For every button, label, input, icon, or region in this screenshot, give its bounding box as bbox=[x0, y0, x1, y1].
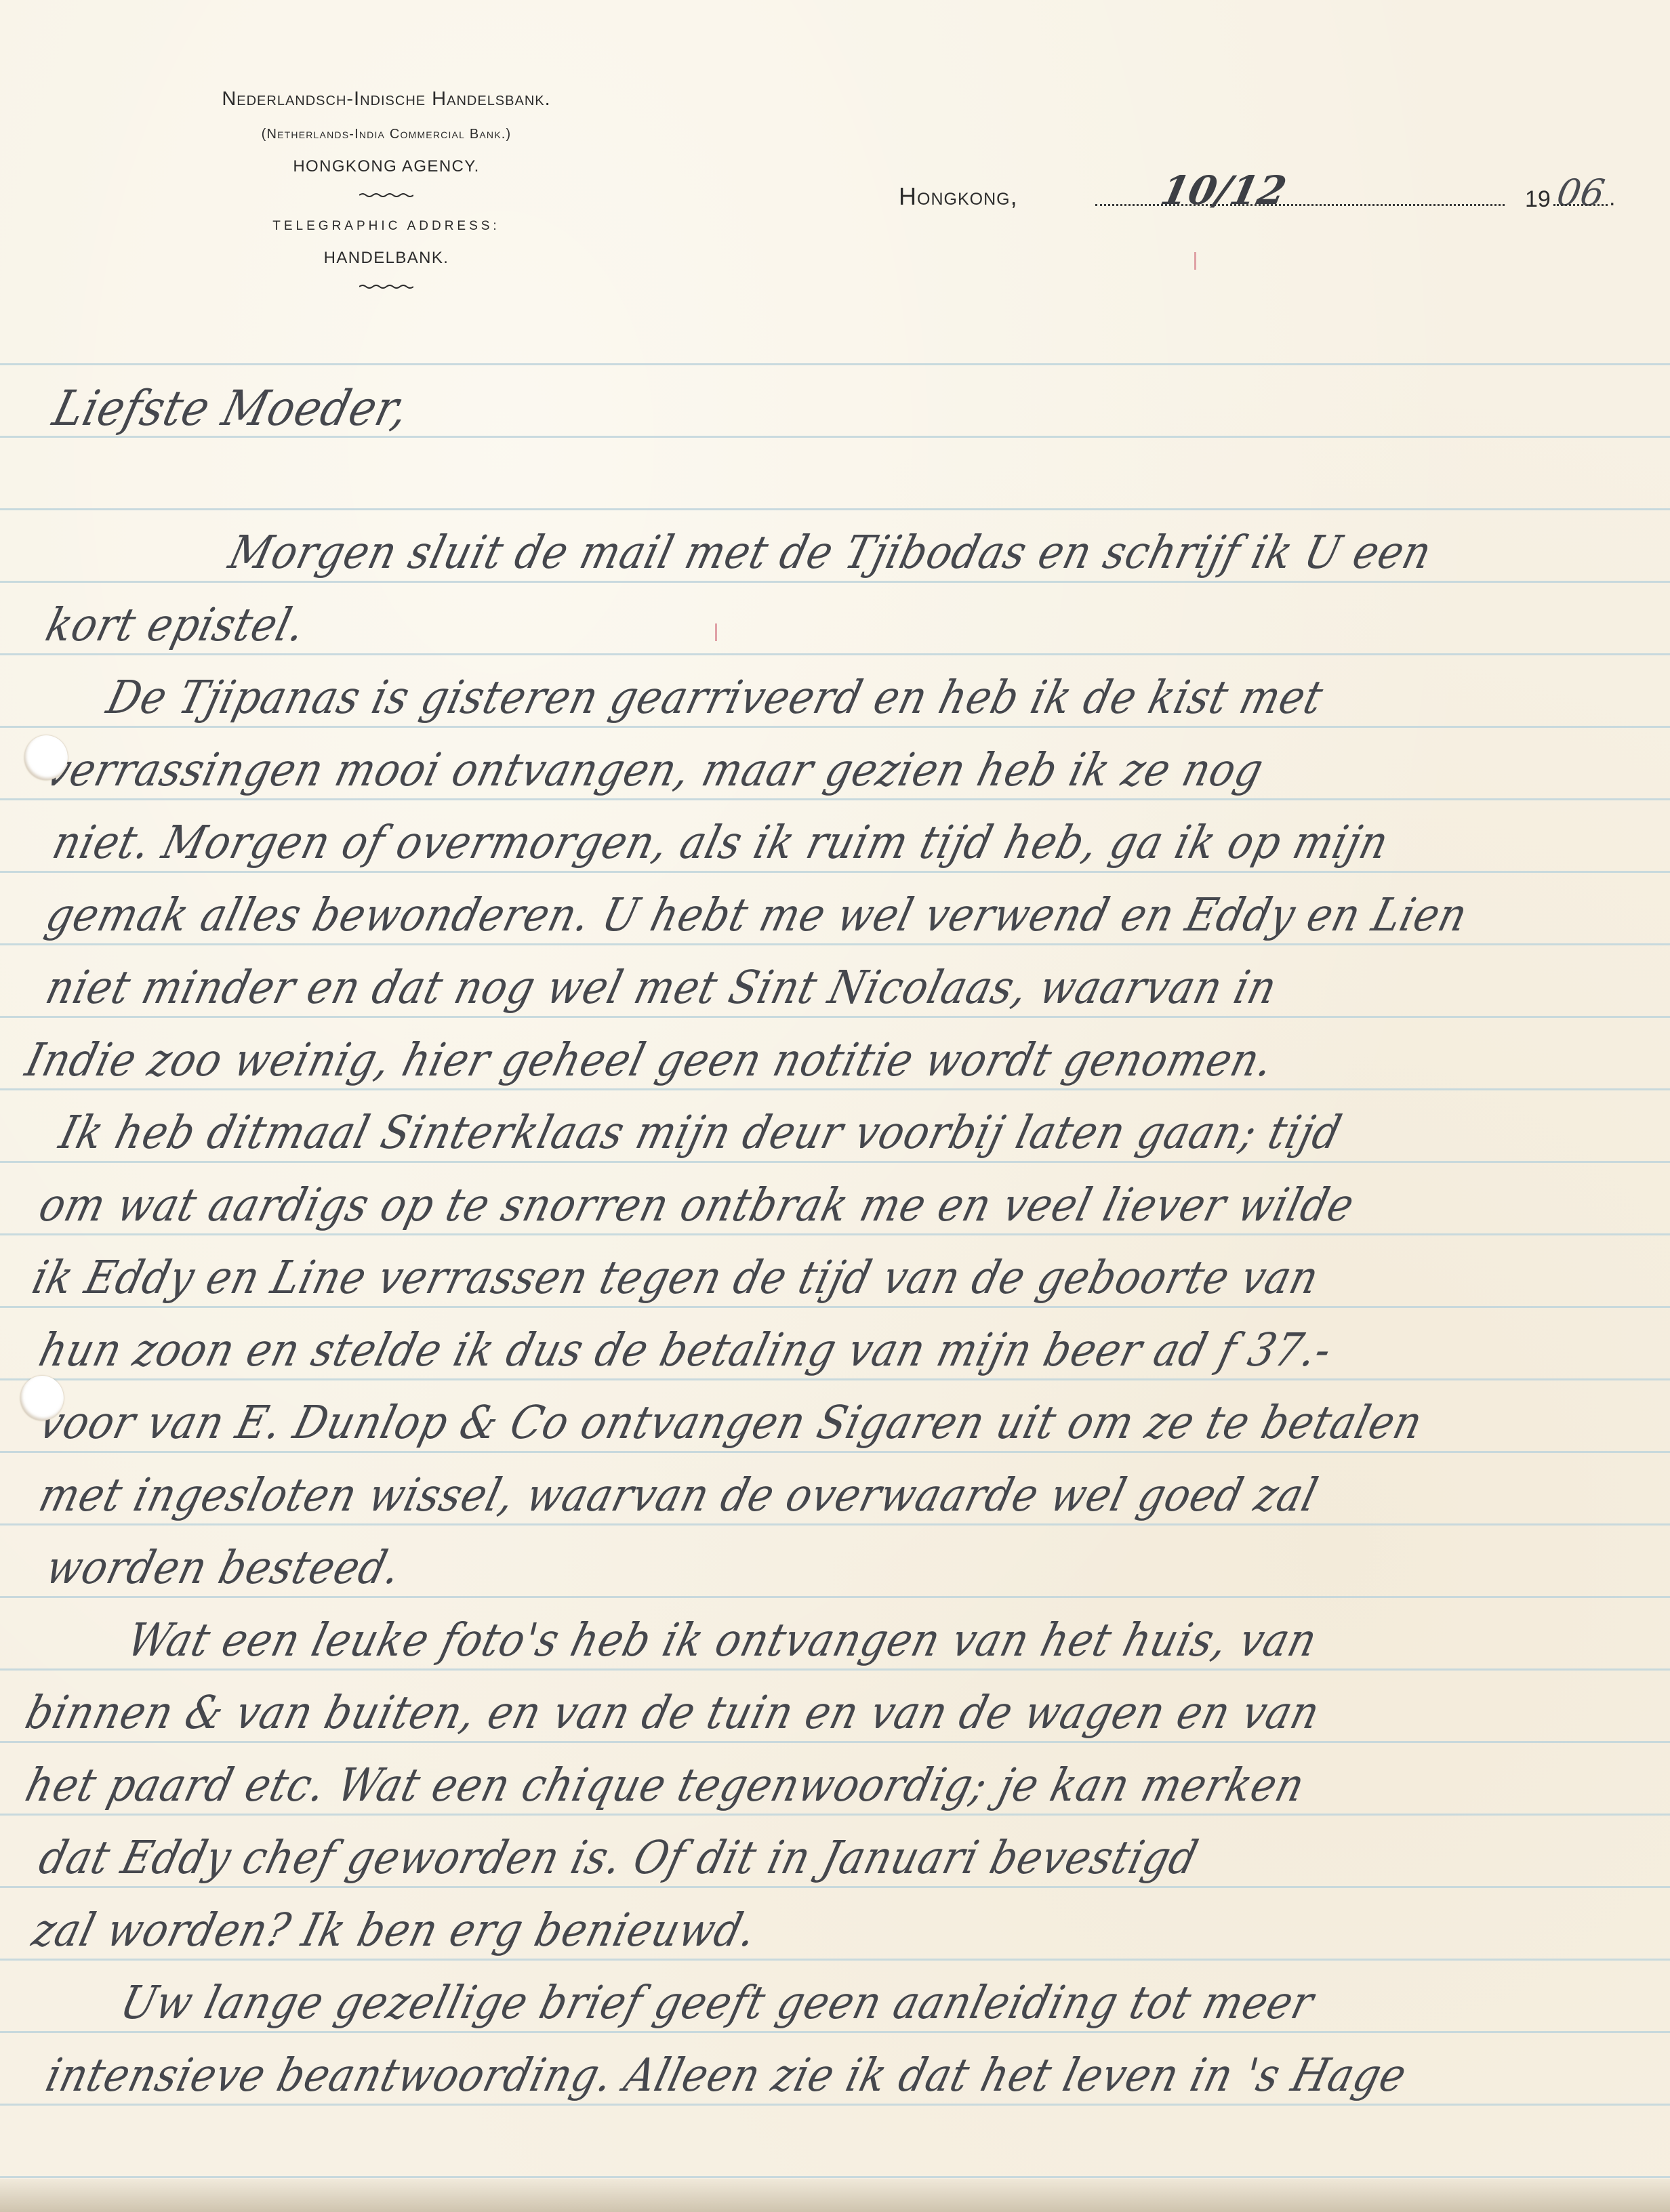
red-ink-mark bbox=[715, 623, 717, 641]
ruled-line bbox=[0, 1306, 1670, 1308]
paper-bottom-shadow bbox=[0, 2179, 1670, 2212]
date-place: Hongkong, bbox=[899, 182, 1018, 211]
telegraphic-label: TELEGRAPHIC ADDRESS: bbox=[81, 219, 691, 234]
ruled-line bbox=[0, 871, 1670, 873]
ruled-line bbox=[0, 1233, 1670, 1235]
ruled-line bbox=[0, 726, 1670, 728]
ruled-line bbox=[0, 2031, 1670, 2033]
letter-line: verrassingen mooi ontvangen, maar gezien… bbox=[41, 744, 1269, 797]
ruled-line bbox=[0, 1451, 1670, 1453]
ornament-squiggle-icon bbox=[359, 191, 413, 198]
red-ink-mark bbox=[1194, 252, 1196, 270]
letter-line: hun zoon en stelde ik dus de betaling va… bbox=[34, 1324, 1337, 1377]
date-century: 19 bbox=[1525, 186, 1551, 213]
letter-line: kort epistel. bbox=[41, 599, 311, 652]
letter-line: worden besteed. bbox=[41, 1542, 407, 1595]
letter-line: niet. Morgen of overmorgen, als ik ruim … bbox=[47, 817, 1394, 869]
letter-line: niet minder en dat nog wel met Sint Nico… bbox=[41, 962, 1282, 1015]
telegraphic-address: HANDELBANK. bbox=[81, 249, 691, 268]
letter-line: het paard etc. Wat een chique tegenwoord… bbox=[20, 1759, 1310, 1812]
ruled-line bbox=[0, 1814, 1670, 1816]
ruled-line bbox=[0, 2176, 1670, 2178]
ruled-line bbox=[0, 1016, 1670, 1018]
ruled-line bbox=[0, 1596, 1670, 1598]
date-dotted-line bbox=[1095, 204, 1505, 206]
letter-page: Nederlandsch-Indische Handelsbank. (Neth… bbox=[0, 0, 1670, 2212]
letter-line: Ik heb ditmaal Sinterklaas mijn deur voo… bbox=[54, 1107, 1347, 1160]
letter-line: intensieve beantwoording. Alleen zie ik … bbox=[41, 2049, 1412, 2102]
ruled-line bbox=[0, 798, 1670, 800]
letter-line: Wat een leuke foto's heb ik ontvangen va… bbox=[122, 1614, 1322, 1667]
date-year-dotted-line bbox=[1553, 204, 1608, 206]
agency-name: HONGKONG AGENCY. bbox=[81, 157, 691, 176]
ruled-line bbox=[0, 1959, 1670, 1961]
letter-line: voor van E. Dunlop & Co ontvangen Sigare… bbox=[34, 1397, 1428, 1450]
letter-line: Uw lange gezellige brief geeft geen aanl… bbox=[115, 1977, 1320, 2030]
letter-line: zal worden? Ik ben erg benieuwd. bbox=[27, 1904, 762, 1957]
punch-hole bbox=[20, 1376, 64, 1420]
letter-line: ik Eddy en Line verrassen tegen de tijd … bbox=[27, 1252, 1324, 1305]
date-day-month: 10/12 bbox=[1157, 167, 1290, 213]
letter-line: De Tjipanas is gisteren gearriveerd en h… bbox=[102, 672, 1328, 724]
ruled-line bbox=[0, 1378, 1670, 1380]
punch-hole bbox=[24, 735, 68, 780]
ruled-line bbox=[0, 1088, 1670, 1090]
letter-line: binnen & van buiten, en van de tuin en v… bbox=[20, 1687, 1325, 1740]
ruled-line bbox=[0, 1886, 1670, 1888]
ruled-line bbox=[0, 508, 1670, 510]
letter-line: dat Eddy chef geworden is. Of dit in Jan… bbox=[34, 1832, 1204, 1885]
ruled-line bbox=[0, 943, 1670, 945]
ruled-line bbox=[0, 1161, 1670, 1163]
letter-line: met ingesloten wissel, waarvan de overwa… bbox=[34, 1469, 1323, 1522]
dateline: Hongkong, 10/12 19 06 . bbox=[899, 173, 1631, 213]
letter-line: gemak alles bewonderen. U hebt me wel ve… bbox=[41, 889, 1473, 942]
date-year: 06 bbox=[1553, 171, 1608, 214]
letterhead: Nederlandsch-Indische Handelsbank. (Neth… bbox=[81, 88, 691, 293]
ruled-line bbox=[0, 363, 1670, 365]
salutation: Liefste Moeder, bbox=[47, 381, 415, 437]
date-period: . bbox=[1609, 185, 1615, 211]
letter-line: om wat aardigs op te snorren ontbrak me … bbox=[34, 1179, 1360, 1232]
bank-name: Nederlandsch-Indische Handelsbank. bbox=[81, 88, 691, 110]
bank-english-name: (Netherlands-India Commercial Bank.) bbox=[81, 127, 691, 142]
ruled-line bbox=[0, 2104, 1670, 2106]
ruled-line bbox=[0, 1741, 1670, 1743]
ruled-line bbox=[0, 653, 1670, 655]
letter-line: Indie zoo weinig, hier geheel geen notit… bbox=[20, 1034, 1279, 1087]
letter-line: Morgen sluit de mail met de Tjibodas en … bbox=[224, 527, 1437, 579]
ruled-line bbox=[0, 1523, 1670, 1525]
ornament-squiggle-icon bbox=[359, 283, 413, 289]
ruled-line bbox=[0, 581, 1670, 583]
ruled-line bbox=[0, 1668, 1670, 1671]
